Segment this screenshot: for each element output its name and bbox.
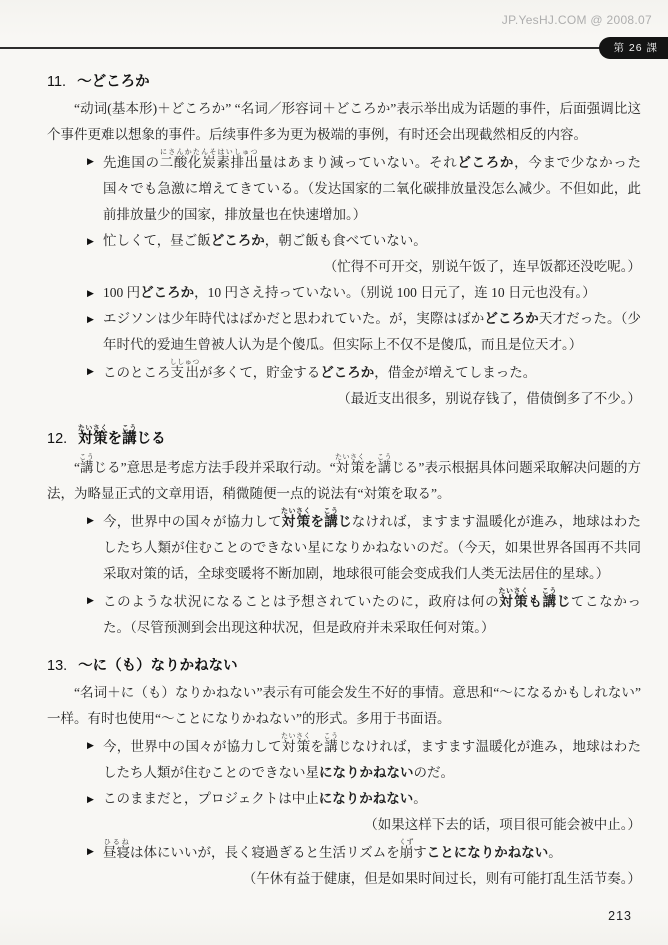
bullet-triangle-icon: ▶	[87, 306, 103, 358]
example-list: ▶ 先進国の二酸化炭素排出にさんかたんそはいしゅつ量はあまり減っていない。それど…	[87, 148, 641, 412]
bullet-triangle-icon: ▶	[87, 732, 103, 786]
example-item: ▶ 100 円どころか，10 円さえ持っていない。（别说 100 日元了，连 1…	[87, 280, 641, 306]
scanned-textbook-page: { "page": { "watermark": "JP.YesHJ.COM @…	[0, 0, 668, 945]
example-translation: （午休有益于健康，但是如果时间过长，则有可能打乱生活节奏。）	[103, 866, 641, 892]
example-item: ▶ エジソンは少年時代はばかだと思われていた。が，実際はばかどころか天才だった。…	[87, 306, 641, 358]
example-text: エジソンは少年時代はばかだと思われていた。が，実際はばかどころか天才だった。（少…	[103, 306, 641, 358]
example-text: 先進国の二酸化炭素排出にさんかたんそはいしゅつ量はあまり減っていない。それどころ…	[103, 148, 641, 228]
example-item: ▶ 忙しくて，昼ご飯どころか，朝ご飯も食べていない。 （忙得不可开交，别说午饭了…	[87, 228, 641, 280]
section-heading: 11.～どころか	[47, 70, 641, 91]
section-heading: 13.～に（も）なりかねない	[47, 654, 641, 675]
section-13-narikanenai: 13.～に（も）なりかねない “名词＋に（も）なりかねない”表示有可能会发生不好…	[47, 654, 641, 892]
example-item: ▶ このところ支出ししゅつが多くて，貯金するどころか，借金が増えてしまった。 （…	[87, 358, 641, 412]
section-intro: “动词(基本形)＋どころか” “名词／形容词＋どころか”表示举出成为话题的事件，…	[47, 96, 641, 148]
bullet-triangle-icon: ▶	[87, 228, 103, 280]
example-text: 100 円どころか，10 円さえ持っていない。（别说 100 日元了，连 10 …	[103, 280, 641, 306]
section-title: ～どころか	[77, 74, 150, 90]
section-title: ～に（も）なりかねない	[78, 658, 238, 674]
example-text: このところ支出ししゅつが多くて，貯金するどころか，借金が増えてしまった。	[103, 358, 641, 386]
example-translation: （如果这样下去的话，项目很可能会被中止。）	[103, 812, 641, 838]
example-translation: （忙得不可开交，别说午饭了，连早饭都还没吃呢。）	[103, 254, 641, 280]
bullet-triangle-icon: ▶	[87, 507, 103, 587]
header-rule	[0, 47, 668, 49]
bullet-triangle-icon: ▶	[87, 358, 103, 412]
section-12-taisaku-wo-koujiru: 12.対策たいさくを講こうじる “講こうじる”意思是考虑方法手段并采取行动。“対…	[47, 425, 641, 641]
section-number: 11.	[47, 74, 66, 90]
section-number: 12.	[47, 431, 67, 447]
example-item: ▶ 今，世界中の国々が協力して対策たいさくを講こうじなければ，ますます温暖化が進…	[87, 732, 641, 786]
lesson-tab-badge: 第 26 課	[599, 37, 668, 59]
page-content: 11.～どころか “动词(基本形)＋どころか” “名词／形容词＋どころか”表示举…	[47, 57, 641, 902]
example-item: ▶ このような状況になることは予想されていたのに，政府は何の対策たいさくも講こう…	[87, 587, 641, 641]
example-text: 今，世界中の国々が協力して対策たいさくを講こうじなければ，ますます温暖化が進み，…	[103, 507, 641, 587]
example-item: ▶ 昼寝ひるねは体にいいが，長く寝過ぎると生活リズムを崩くずすことになりかねない…	[87, 838, 641, 892]
example-translation: （最近支出很多，别说存钱了，借债倒多了不少。）	[103, 386, 641, 412]
bullet-triangle-icon: ▶	[87, 280, 103, 306]
example-text: このままだと，プロジェクトは中止になりかねない。	[103, 786, 641, 812]
example-list: ▶ 今，世界中の国々が協力して対策たいさくを講こうじなければ，ますます温暖化が進…	[87, 732, 641, 892]
bullet-triangle-icon: ▶	[87, 838, 103, 892]
example-item: ▶ 先進国の二酸化炭素排出にさんかたんそはいしゅつ量はあまり減っていない。それど…	[87, 148, 641, 228]
bullet-triangle-icon: ▶	[87, 786, 103, 838]
section-title: 対策たいさくを講こうじる	[78, 431, 166, 447]
section-heading: 12.対策たいさくを講こうじる	[47, 425, 641, 448]
example-text: 昼寝ひるねは体にいいが，長く寝過ぎると生活リズムを崩くずすことになりかねない。	[103, 838, 641, 866]
bullet-triangle-icon: ▶	[87, 148, 103, 228]
example-text: このような状況になることは予想されていたのに，政府は何の対策たいさくも講こうじて…	[103, 587, 641, 641]
site-watermark: JP.YesHJ.COM @ 2008.07	[502, 13, 652, 27]
page-number: 213	[608, 909, 632, 923]
section-intro: “講こうじる”意思是考虑方法手段并采取行动。“対策たいさくを講こうじる”表示根据…	[47, 453, 641, 507]
section-number: 13.	[47, 658, 67, 674]
section-intro: “名词＋に（も）なりかねない”表示有可能会发生不好的事情。意思和“～になるかもし…	[47, 680, 641, 732]
section-11-dokoroka: 11.～どころか “动词(基本形)＋どころか” “名词／形容词＋どころか”表示举…	[47, 70, 641, 412]
example-text: 今，世界中の国々が協力して対策たいさくを講こうじなければ，ますます温暖化が進み，…	[103, 732, 641, 786]
example-item: ▶ このままだと，プロジェクトは中止になりかねない。 （如果这样下去的话，项目很…	[87, 786, 641, 838]
example-item: ▶ 今，世界中の国々が協力して対策たいさくを講こうじなければ，ますます温暖化が進…	[87, 507, 641, 587]
bullet-triangle-icon: ▶	[87, 587, 103, 641]
example-text: 忙しくて，昼ご飯どころか，朝ご飯も食べていない。	[103, 228, 641, 254]
example-list: ▶ 今，世界中の国々が協力して対策たいさくを講こうじなければ，ますます温暖化が進…	[87, 507, 641, 641]
